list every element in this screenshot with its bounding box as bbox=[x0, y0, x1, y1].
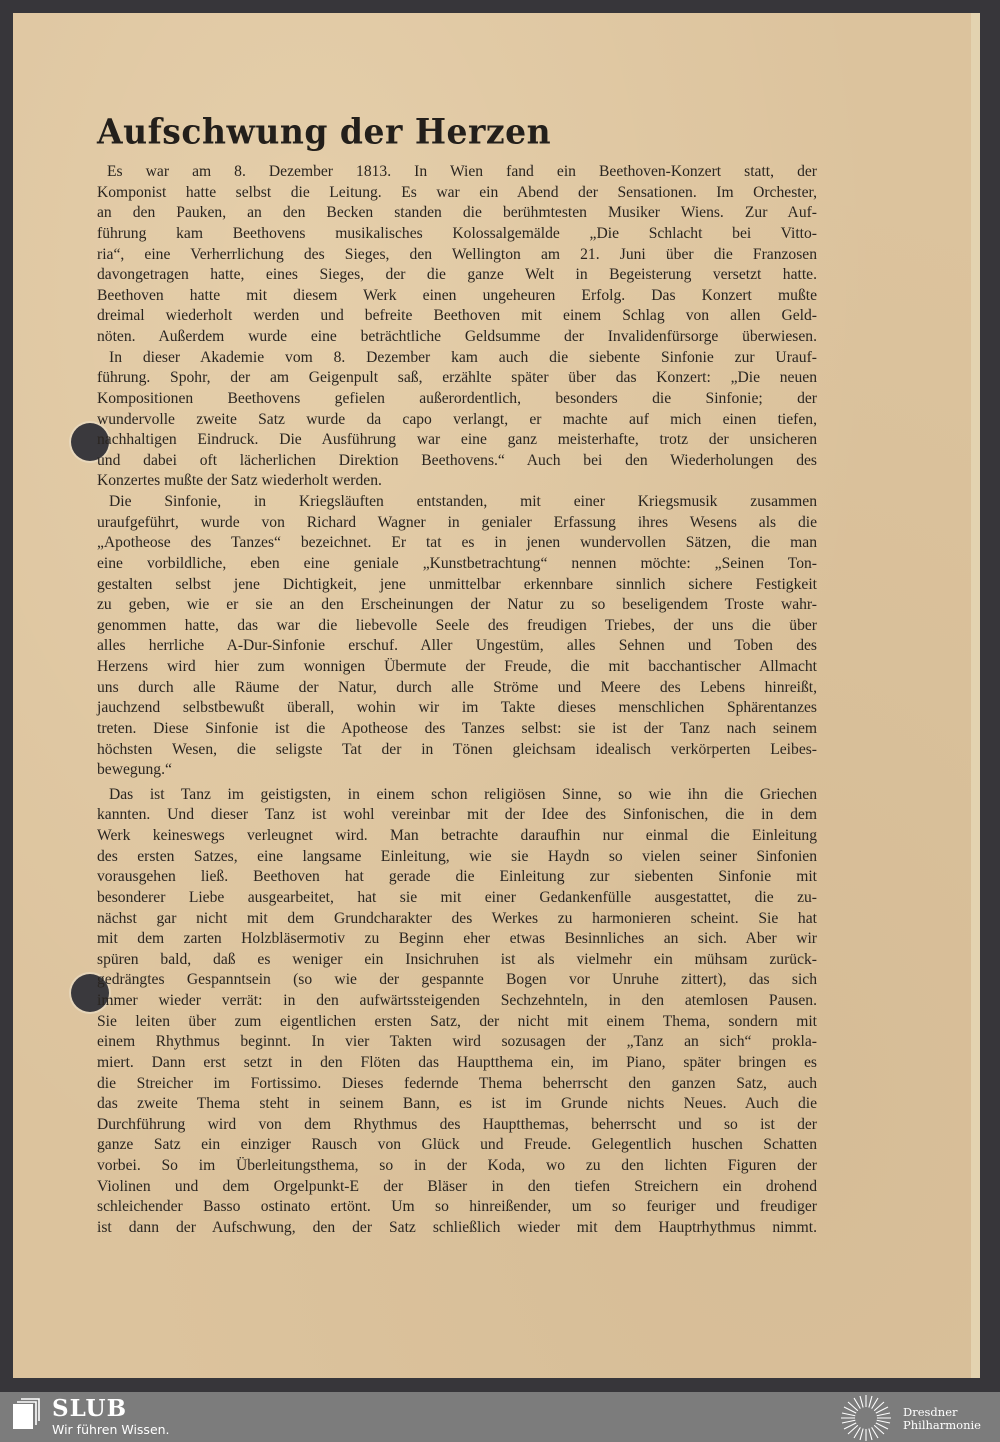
text-line: Es war am 8. Dezember 1813. In Wien fand… bbox=[97, 162, 817, 183]
text-line: schleichender Basso ostinato ertönt. Um … bbox=[97, 1197, 817, 1218]
text-line: vorausgehen ließ. Beethoven hat gerade d… bbox=[97, 867, 817, 888]
text-line: Konzertes mußte der Satz wiederholt werd… bbox=[97, 471, 817, 492]
text-line: höchsten Wesen, die seligste Tat der in … bbox=[97, 740, 817, 761]
text-line: an den Pauken, an den Becken standen die… bbox=[97, 203, 817, 224]
text-line: Werk keineswegs verleugnet wird. Man bet… bbox=[97, 826, 817, 847]
text-line: des ersten Satzes, eine langsame Einleit… bbox=[97, 847, 817, 868]
text-line: Die Sinfonie, in Kriegsläuften entstande… bbox=[97, 492, 817, 513]
text-line: und dabei oft lächerlichen Direktion Bee… bbox=[97, 451, 817, 472]
text-line: die Streicher im Fortissimo. Dieses fede… bbox=[97, 1074, 817, 1095]
text-line: ganze Satz ein einziger Rausch von Glück… bbox=[97, 1135, 817, 1156]
text-line: zu geben, wie er sie an den Erscheinunge… bbox=[97, 595, 817, 616]
paragraph-4: Das ist Tanz im geistigsten, in einem sc… bbox=[97, 785, 817, 1239]
text-line: nachhaltigen Eindruck. Die Ausführung wa… bbox=[97, 430, 817, 451]
text-line: ria“, eine Verherrlichung des Sieges, de… bbox=[97, 245, 817, 266]
document-title: Aufschwung der Herzen bbox=[97, 111, 551, 152]
paragraph-3: Die Sinfonie, in Kriegsläuften entstande… bbox=[97, 492, 817, 781]
text-line: „Apotheose des Tanzes“ bezeichnet. Er ta… bbox=[97, 533, 817, 554]
footer-bar: SLUB Wir führen Wissen. Dresdner Philhar… bbox=[0, 1392, 1000, 1442]
text-line: nächst gar nicht mit dem Grundcharakter … bbox=[97, 909, 817, 930]
page-edge bbox=[971, 13, 980, 1378]
text-line: einem Rhythmus beginnt. In vier Takten w… bbox=[97, 1032, 817, 1053]
text-line: alles herrliche A-Dur-Sinfonie erschuf. … bbox=[97, 636, 817, 657]
text-line: genommen hatte, das war die liebevolle S… bbox=[97, 616, 817, 637]
text-line: Herzens wird hier zum wonnigen Übermute … bbox=[97, 657, 817, 678]
text-line: davongetragen hatte, eines Sieges, der d… bbox=[97, 265, 817, 286]
text-line: gedrängtes Gespanntsein (so wie der gesp… bbox=[97, 970, 817, 991]
text-line: Beethoven hatte mit diesem Werk einen un… bbox=[97, 286, 817, 307]
text-line: Sie leiten über zum eigentlichen ersten … bbox=[97, 1012, 817, 1033]
text-line: führung kam Beethovens musikalisches Kol… bbox=[97, 224, 817, 245]
text-line: immer wieder verrät: in den aufwärtsstei… bbox=[97, 991, 817, 1012]
text-line: jauchzend selbstbewußt überall, wohin wi… bbox=[97, 698, 817, 719]
text-line: eine vorbildliche, eben eine geniale „Ku… bbox=[97, 554, 817, 575]
text-line: Durchführung wird von dem Rhythmus des H… bbox=[97, 1115, 817, 1136]
text-line: spüren bald, daß es weniger ein Insichru… bbox=[97, 950, 817, 971]
text-line: treten. Diese Sinfonie ist die Apotheose… bbox=[97, 719, 817, 740]
philharmonie-logo-text[interactable]: Dresdner Philharmonie bbox=[903, 1406, 981, 1432]
text-line: wundervolle zweite Satz wurde da capo ve… bbox=[97, 410, 817, 431]
text-line: uns durch alle Räume der Natur, durch al… bbox=[97, 678, 817, 699]
paragraph-1: Es war am 8. Dezember 1813. In Wien fand… bbox=[97, 162, 817, 348]
text-line: das zweite Thema steht in seinem Bann, e… bbox=[97, 1094, 817, 1115]
text-line: besonderer Liebe ausgearbeitet, hat sie … bbox=[97, 888, 817, 909]
sunburst-ring-icon[interactable] bbox=[840, 1394, 892, 1442]
text-line: bewegung.“ bbox=[97, 760, 817, 781]
slub-tagline: Wir führen Wissen. bbox=[52, 1422, 170, 1437]
text-line: Komponist hatte selbst die Leitung. Es w… bbox=[97, 183, 817, 204]
document-body: Es war am 8. Dezember 1813. In Wien fand… bbox=[97, 162, 817, 1239]
text-line: Violinen und dem Orgelpunkt-E der Bläser… bbox=[97, 1177, 817, 1198]
paragraph-2: In dieser Akademie vom 8. Dezember kam a… bbox=[97, 348, 817, 492]
text-line: nöten. Außerdem wurde eine beträchtliche… bbox=[97, 327, 817, 348]
text-line: dreimal wiederholt werden und befreite B… bbox=[97, 306, 817, 327]
text-line: vorbei. So im Überleitungsthema, so in d… bbox=[97, 1156, 817, 1177]
text-line: ist dann der Aufschwung, den der Satz sc… bbox=[97, 1218, 817, 1239]
text-line: miert. Dann erst setzt in den Flöten das… bbox=[97, 1053, 817, 1074]
philharmonie-name-line2: Philharmonie bbox=[903, 1419, 981, 1432]
text-line: kannten. Und dieser Tanz ist wohl verein… bbox=[97, 805, 817, 826]
slub-logo-text[interactable]: SLUB bbox=[52, 1395, 127, 1422]
book-pages-icon[interactable] bbox=[12, 1398, 40, 1430]
text-line: Das ist Tanz im geistigsten, in einem sc… bbox=[97, 785, 817, 806]
text-line: uraufgeführt, wurde von Richard Wagner i… bbox=[97, 513, 817, 534]
text-line: Kompositionen Beethovens gefielen außero… bbox=[97, 389, 817, 410]
text-line: gestalten selbst jene Dichtigkeit, jene … bbox=[97, 575, 817, 596]
text-line: In dieser Akademie vom 8. Dezember kam a… bbox=[97, 348, 817, 369]
text-line: führung. Spohr, der am Geigenpult saß, e… bbox=[97, 368, 817, 389]
text-line: mit dem zarten Holzbläsermotiv zu Beginn… bbox=[97, 929, 817, 950]
